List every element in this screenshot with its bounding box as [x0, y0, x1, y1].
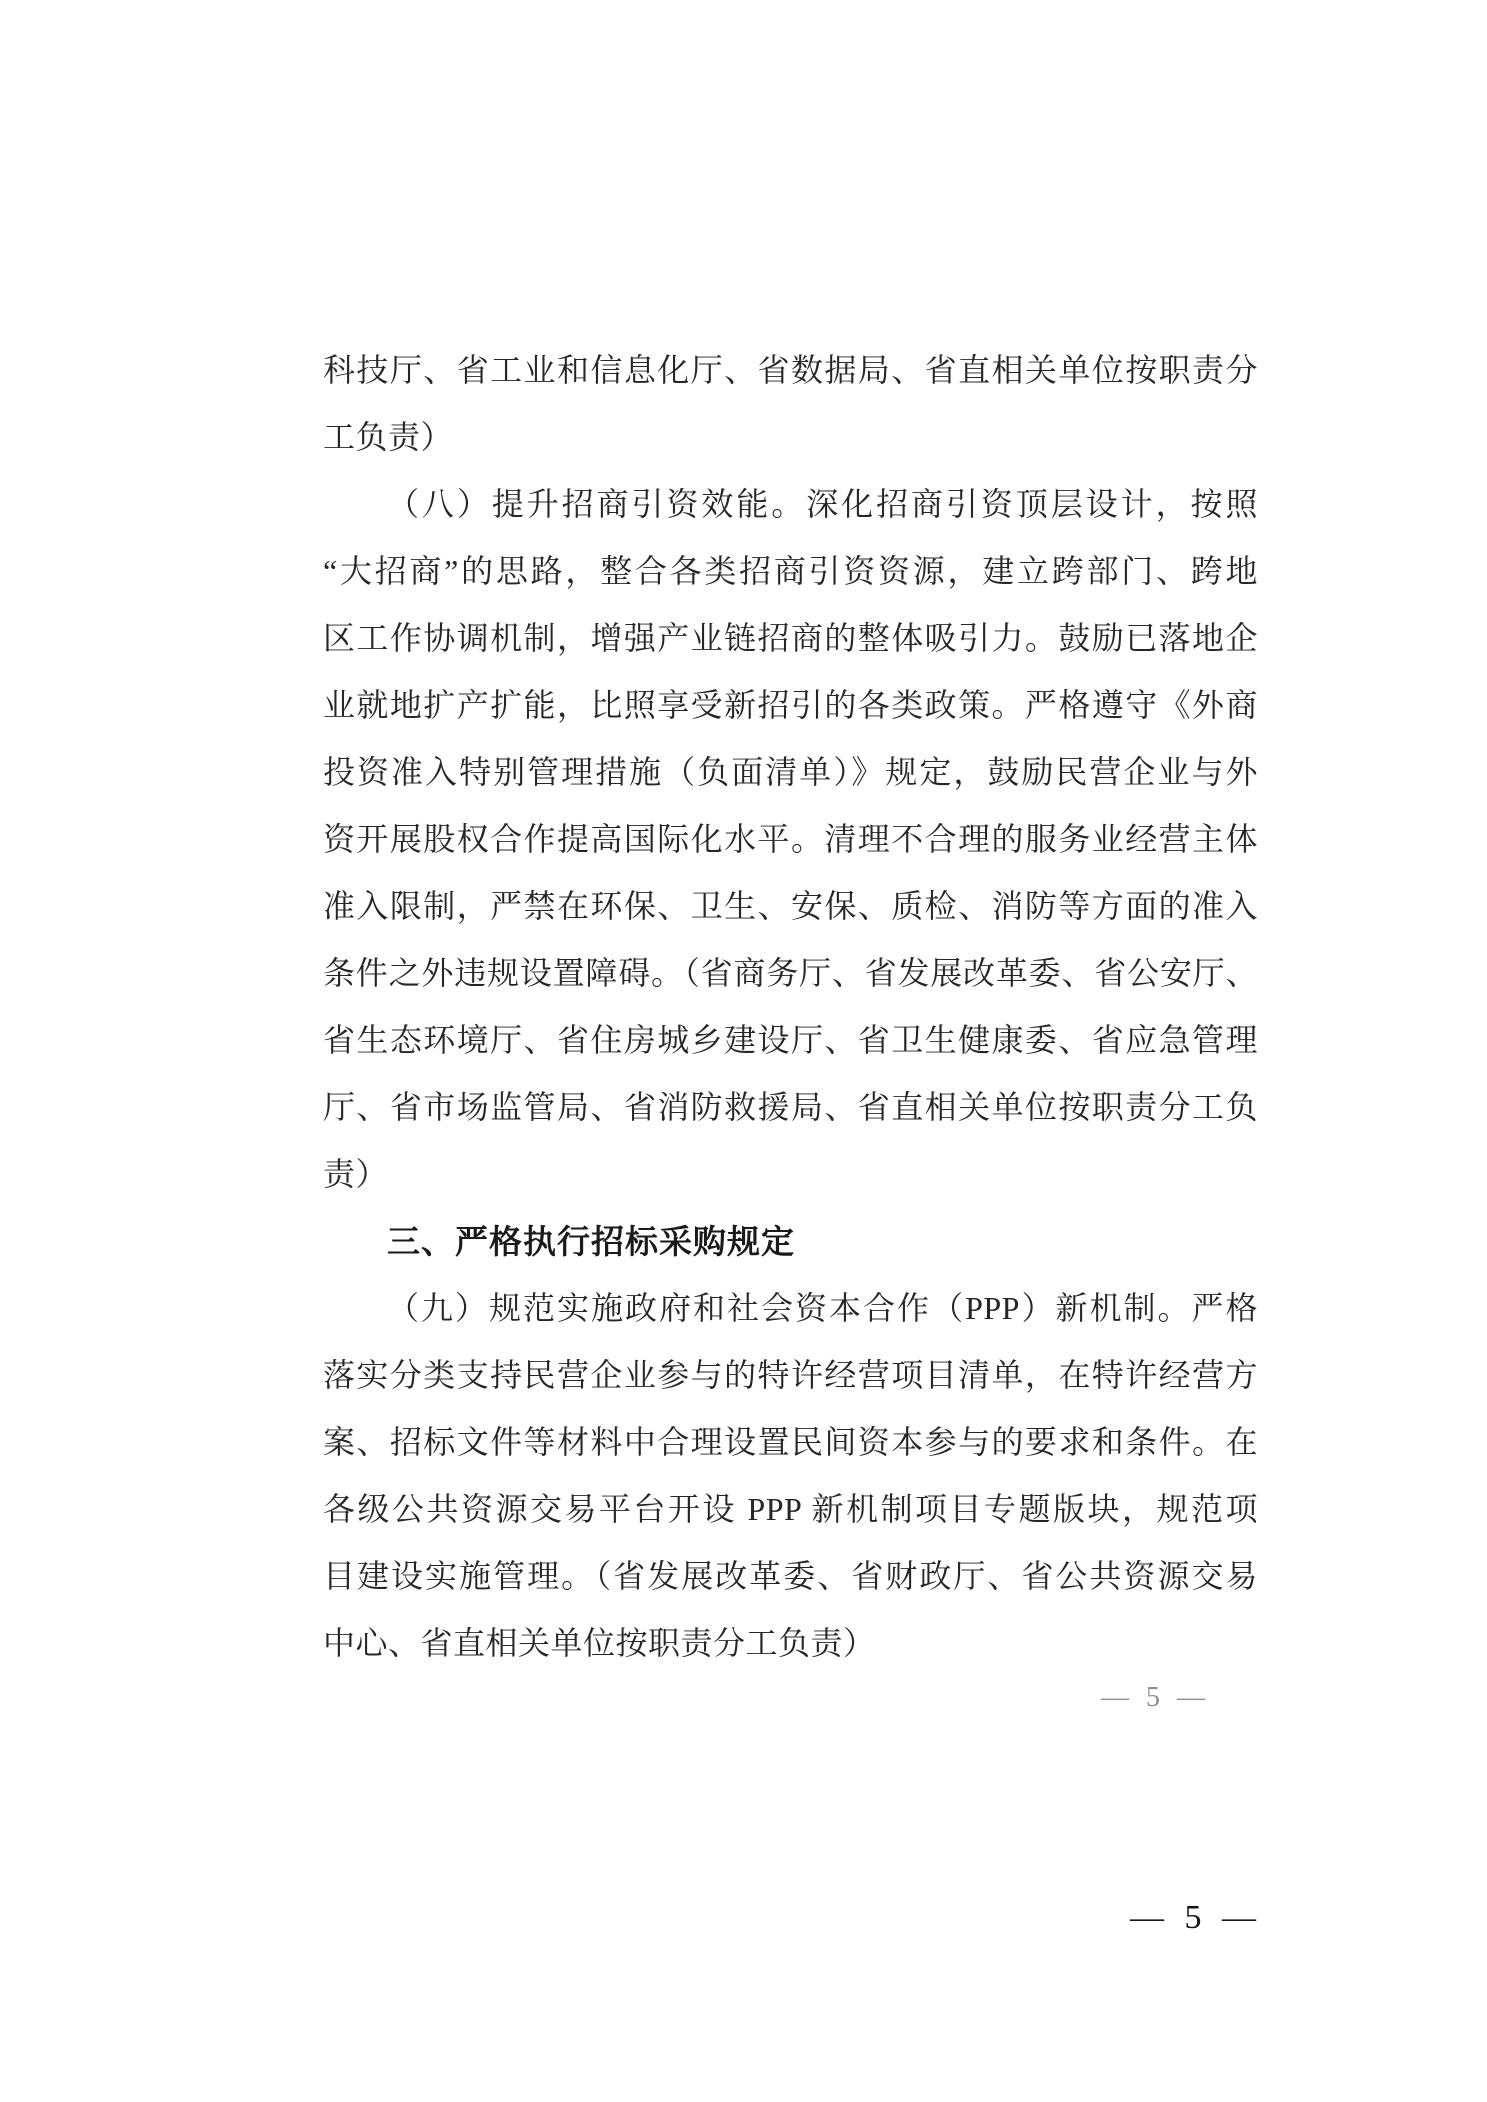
text-line: 资开展股权合作提高国际化水平。清理不合理的服务业经营主体	[323, 806, 1258, 873]
page-number-scanned: — 5 —	[1101, 1680, 1210, 1716]
text-line: （九）规范实施政府和社会资本合作（PPP）新机制。严格	[323, 1275, 1258, 1342]
text-line: 业就地扩产扩能，比照享受新招引的各类政策。严格遵守《外商	[323, 672, 1258, 739]
text-line: （八）提升招商引资效能。深化招商引资顶层设计，按照	[323, 471, 1258, 538]
text-line: 科技厅、省工业和信息化厅、省数据局、省直相关单位按职责分	[323, 337, 1258, 404]
document-page: 科技厅、省工业和信息化厅、省数据局、省直相关单位按职责分工负责）（八）提升招商引…	[0, 0, 1487, 2102]
text-line: “大招商”的思路，整合各类招商引资资源，建立跨部门、跨地	[323, 538, 1258, 605]
text-line: 区工作协调机制，增强产业链招商的整体吸引力。鼓励已落地企	[323, 605, 1258, 672]
text-line: 各级公共资源交易平台开设 PPP 新机制项目专题版块，规范项	[323, 1476, 1258, 1543]
text-line: 条件之外违规设置障碍。（省商务厅、省发展改革委、省公安厅、	[323, 940, 1258, 1007]
text-line: 案、招标文件等材料中合理设置民间资本参与的要求和条件。在	[323, 1409, 1258, 1476]
text-line: 省生态环境厅、省住房城乡建设厅、省卫生健康委、省应急管理	[323, 1007, 1258, 1074]
text-line: 投资准入特别管理措施（负面清单）》规定，鼓励民营企业与外	[323, 739, 1258, 806]
text-line: 工负责）	[323, 404, 1258, 471]
text-line: 中心、省直相关单位按职责分工负责）	[323, 1610, 1258, 1677]
text-line: 厅、省市场监管局、省消防救援局、省直相关单位按职责分工负	[323, 1074, 1258, 1141]
text-block: 科技厅、省工业和信息化厅、省数据局、省直相关单位按职责分工负责）（八）提升招商引…	[323, 337, 1258, 1677]
section-heading: 三、严格执行招标采购规定	[323, 1208, 1258, 1275]
page-number-footer: — 5 —	[1130, 1898, 1262, 1938]
text-line: 责）	[323, 1141, 1258, 1208]
text-line: 目建设实施管理。（省发展改革委、省财政厅、省公共资源交易	[323, 1543, 1258, 1610]
text-line: 落实分类支持民营企业参与的特许经营项目清单，在特许经营方	[323, 1342, 1258, 1409]
text-line: 准入限制，严禁在环保、卫生、安保、质检、消防等方面的准入	[323, 873, 1258, 940]
